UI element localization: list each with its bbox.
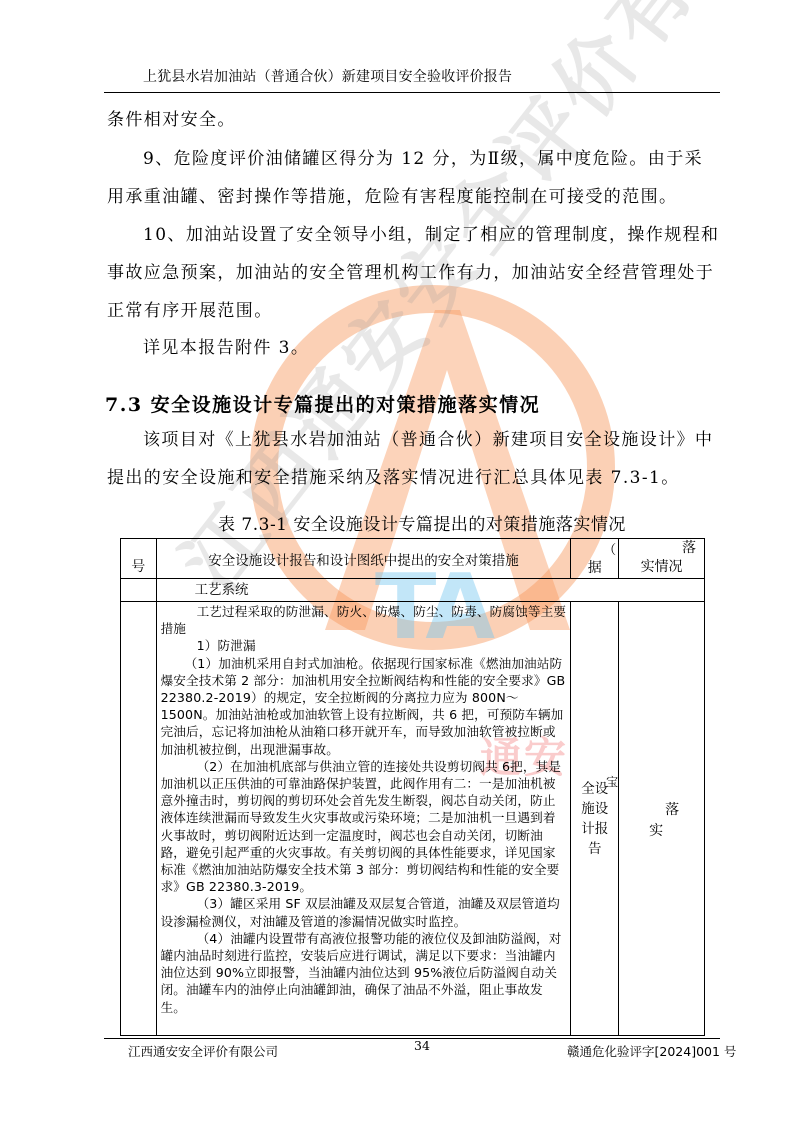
paragraph-continued: 条件相对安全。	[107, 101, 720, 139]
document-page: TA 江西通安安全评价有限公司 通安 上犹县水岩加油站（普通合伙）新建项目安全验…	[0, 0, 793, 1122]
row-status: 落 实	[619, 602, 705, 1036]
table-caption: 表 7.3-1 安全设施设计专篇提出的对策措施落实情况	[218, 510, 626, 535]
table-row: 工艺过程采取的防泄漏、防火、防爆、防尘、防毒、防腐蚀等主要措施 1）防泄漏 （1…	[121, 602, 705, 1036]
row-measure: 工艺过程采取的防泄漏、防火、防爆、防尘、防毒、防腐蚀等主要措施 1）防泄漏 （1…	[156, 602, 571, 1036]
measure-item-4: （4）油罐内设置带有高液位报警功能的液位仪及卸油防溢阀，对罐内油品时刻进行监控，…	[161, 930, 567, 1016]
paragraph-item-9: 9、危险度评价油储罐区得分为 12 分，为Ⅱ级，属中度危险。由于采用承重油罐、密…	[107, 140, 720, 216]
table-subsection-row: 工艺系统	[121, 579, 705, 602]
table-header-row: 号 安全设施设计报告和设计图纸中提出的安全对策措施 （ 据 落 实情况	[121, 539, 705, 579]
row-no	[121, 602, 157, 1036]
header-basis-label: 据	[588, 560, 602, 576]
measure-item-1: （1）加油机采用自封式加油枪。依据现行国家标准《燃油加油站防爆安全技术第 2 部…	[161, 655, 567, 758]
header-basis: （ 据	[571, 539, 619, 579]
header-basis-cut: （	[603, 539, 616, 558]
measure-item-2: （2）在加油机底部与供油立管的连接处共设剪切阀共 6把，其是加油机以正压供油的可…	[161, 758, 567, 896]
row-basis-cut: 宝	[606, 772, 618, 792]
footer-doc-number: 赣通危化验评字[2024]001 号	[567, 1042, 736, 1060]
subsection-label: 工艺系统	[156, 579, 704, 602]
header-status-line2: 实情况	[619, 558, 696, 577]
section-heading-7-3: 7.3 安全设施设计专篇提出的对策措施落实情况	[105, 390, 540, 417]
header-measure: 安全设施设计报告和设计图纸中提出的安全对策措施	[156, 539, 571, 579]
footer-company: 江西通安安全评价有限公司	[128, 1042, 278, 1060]
measure-item-3: （3）罐区采用 SF 双层油罐及双层复合管道，油罐及双层管道均设渗漏检测仪，对油…	[161, 895, 567, 929]
paragraph-item-10: 10、加油站设置了安全领导小组，制定了相应的管理制度，操作规程和事故应急预案，加…	[107, 216, 720, 330]
paragraph-intro: 该项目对《上犹县水岩加油站（普通合伙）新建项目安全设施设计》中提出的安全设施和安…	[107, 421, 720, 497]
footer-page-number: 34	[414, 1038, 430, 1053]
header-no: 号	[121, 539, 157, 579]
footer-divider	[104, 1038, 720, 1039]
paragraph-see-attachment: 详见本报告附件 3。	[107, 329, 720, 367]
header-divider	[104, 92, 720, 93]
row-basis: 宝 全设施设计报告	[571, 602, 619, 1036]
measure-subheading: 1）防泄漏	[161, 637, 567, 654]
row-status-part2: 实	[649, 820, 663, 840]
row-status-part1: 落	[665, 799, 679, 819]
header-status-line1: 落	[619, 539, 696, 558]
header-status: 落 实情况	[619, 539, 705, 579]
measures-table: 号 安全设施设计报告和设计图纸中提出的安全对策措施 （ 据 落 实情况 工艺系统	[120, 538, 705, 1036]
measure-intro: 工艺过程采取的防泄漏、防火、防爆、防尘、防毒、防腐蚀等主要措施	[161, 603, 567, 637]
running-header-title: 上犹县水岩加油站（普通合伙）新建项目安全验收评价报告	[143, 66, 512, 86]
